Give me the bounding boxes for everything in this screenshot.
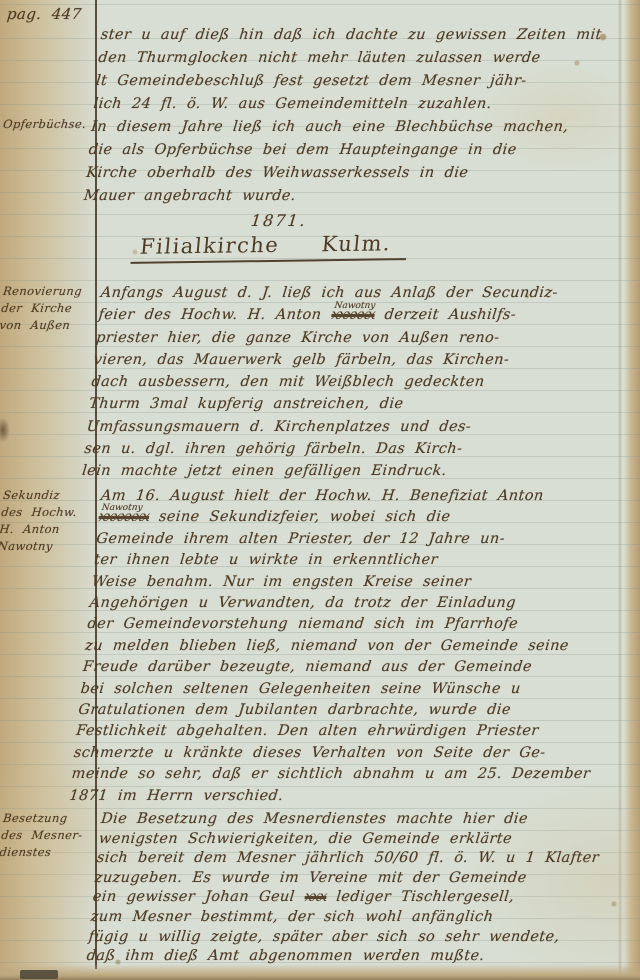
line-text: derzeit Aushilfs- <box>374 307 517 323</box>
margin-note-line: Sekundiz <box>2 487 94 504</box>
manuscript-line: Kirche oberhalb des Weihwasserkessels in… <box>85 162 588 185</box>
manuscript-page: pag. 447 Opferbüchse. Renovierung der Ki… <box>0 0 640 980</box>
manuscript-line: In diesem Jahre ließ ich auch eine Blech… <box>90 116 593 139</box>
paragraph-besetzung: Die Besetzung des Mesnerdienstes machte … <box>86 810 604 967</box>
margin-note-opferbuechse: Opferbüchse. <box>2 116 94 133</box>
manuscript-line: zu melden blieben ließ, niemand von der … <box>84 636 605 657</box>
struck-word: xxxxxx <box>331 307 376 323</box>
correction-group: Nawotnyxxxxxx <box>330 304 375 326</box>
manuscript-line: vieren, das Mauerwerk gelb färbeln, das … <box>93 349 552 371</box>
page-number-label: pag. 447 <box>6 5 82 23</box>
heading-year: 1871. <box>250 211 308 230</box>
line-text: feier des Hochw. H. Anton <box>98 307 333 323</box>
manuscript-line: der Gemeindevorstehung niemand sich im P… <box>86 614 607 635</box>
bottom-edge-mark <box>20 970 58 979</box>
manuscript-line: Gratulationen dem Jubilanten darbrachte,… <box>77 700 598 721</box>
correction-group: Nawotnyxxxxxxx <box>98 507 150 528</box>
manuscript-line: Die Besetzung des Mesnerdienstes machte … <box>100 810 604 830</box>
manuscript-line: ter ihnen lebte u wirkte in erkenntliche… <box>93 550 614 571</box>
manuscript-line: fügig u willig zeigte, später aber sich … <box>88 928 592 948</box>
manuscript-line: ein gewisser Johan Geul xxx lediger Tisc… <box>92 888 596 908</box>
paragraph-sekundiz: Am 16. August hielt der Hochw. H. Benefi… <box>68 486 620 807</box>
margin-note-line: Renovierung <box>2 283 94 300</box>
manuscript-line: den Thurmglocken nicht mehr läuten zulas… <box>97 47 600 70</box>
manuscript-line: die als Opferbüchse bei dem Haupteingang… <box>87 139 590 162</box>
line-text: lediger Tischlergesell, <box>325 889 515 905</box>
manuscript-line: Freude darüber bezeugte, niemand aus der… <box>82 657 603 678</box>
manuscript-line: feier des Hochw. H. Anton Nawotnyxxxxxx … <box>97 304 556 326</box>
margin-note-line: des Mesner- <box>0 827 92 844</box>
manuscript-line: Festlichkeit abgehalten. Den alten ehrwü… <box>75 721 596 742</box>
manuscript-line: meinde so sehr, daß er sichtlich abnahm … <box>71 764 592 785</box>
manuscript-line: Gemeinde ihrem alten Priester, der 12 Ja… <box>95 529 616 550</box>
body-column: ster u auf dieß hin daß ich dachte zu ge… <box>102 0 638 980</box>
line-text: seine Sekundizfeier, wobei sich die <box>148 509 451 525</box>
manuscript-line: dach ausbessern, den mit Weißblech gedec… <box>90 371 549 393</box>
struck-word: xxx <box>304 889 327 905</box>
margin-note-line: Nawotny <box>0 538 89 555</box>
margin-note-sekundiz: Sekundiz des Hochw. H. Anton Nawotny <box>0 487 94 555</box>
manuscript-line: Nawotnyxxxxxxx seine Sekundizfeier, wobe… <box>98 507 619 528</box>
manuscript-line: ster u auf dieß hin daß ich dachte zu ge… <box>100 24 603 47</box>
paragraph-renovierung: Anfangs August d. J. ließ ich aus Anlaß … <box>81 282 559 483</box>
margin-note-line: Opferbüchse. <box>2 116 94 133</box>
struck-word: xxxxxxx <box>98 509 150 525</box>
manuscript-line: Umfassungsmauern d. Kirchenplatzes und d… <box>86 416 545 438</box>
margin-note-line: dienstes <box>0 844 90 861</box>
margin-note-line: H. Anton <box>0 521 90 538</box>
manuscript-line: lt Gemeindebeschluß fest gesetzt dem Mes… <box>95 70 598 93</box>
manuscript-line: sen u. dgl. ihren gehörig färbeln. Das K… <box>83 438 542 460</box>
manuscript-line: Angehörigen u Verwandten, da trotz der E… <box>89 593 610 614</box>
correction-group: xxx <box>304 888 328 908</box>
manuscript-line: bei solchen seltenen Gelegenheiten seine… <box>80 679 601 700</box>
manuscript-line: Thurm 3mal kupferig anstreichen, die <box>88 393 547 415</box>
margin-note-line: des Hochw. <box>0 504 92 521</box>
manuscript-line: sich bereit dem Mesner jährlich 50/60 fl… <box>96 849 600 869</box>
manuscript-line: daß ihm dieß Amt abgenommen werden mußte… <box>86 947 590 967</box>
heading-section: Filialkirche Kulm. <box>130 231 408 264</box>
margin-note-line: der Kirche <box>0 300 92 317</box>
manuscript-line: schmerzte u kränkte dieses Verhalten von… <box>73 743 594 764</box>
manuscript-line: Mauer angebracht wurde. <box>83 185 586 208</box>
manuscript-line: lich 24 fl. ö. W. aus Gemeindemitteln zu… <box>92 93 595 116</box>
manuscript-line: wenigsten Schwierigkeiten, die Gemeinde … <box>98 830 602 850</box>
manuscript-line: 1871 im Herrn verschied. <box>68 786 589 807</box>
margin-note-renovierung: Renovierung der Kirche von Außen <box>0 283 94 334</box>
manuscript-line: Am 16. August hielt der Hochw. H. Benefi… <box>100 486 621 507</box>
margin-note-besetzung: Besetzung des Mesner- dienstes <box>0 810 94 861</box>
manuscript-line: zum Mesner bestimmt, der sich wohl anfän… <box>90 908 594 928</box>
paragraph-glocken-opferbuechse: ster u auf dieß hin daß ich dachte zu ge… <box>83 24 603 208</box>
manuscript-line: priester hier, die ganze Kirche von Auße… <box>95 327 554 349</box>
manuscript-line: lein machte jetzt einen gefälligen Eindr… <box>81 460 540 482</box>
manuscript-line: zuzugeben. Es wurde im Vereine mit der G… <box>94 869 598 889</box>
manuscript-line: Weise benahm. Nur im engsten Kreise sein… <box>91 572 612 593</box>
margin-note-line: Besetzung <box>2 810 94 827</box>
manuscript-line: Anfangs August d. J. ließ ich aus Anlaß … <box>100 282 559 304</box>
margin-note-line: von Außen <box>0 317 90 334</box>
line-text: ein gewisser Johan Geul <box>92 889 306 905</box>
